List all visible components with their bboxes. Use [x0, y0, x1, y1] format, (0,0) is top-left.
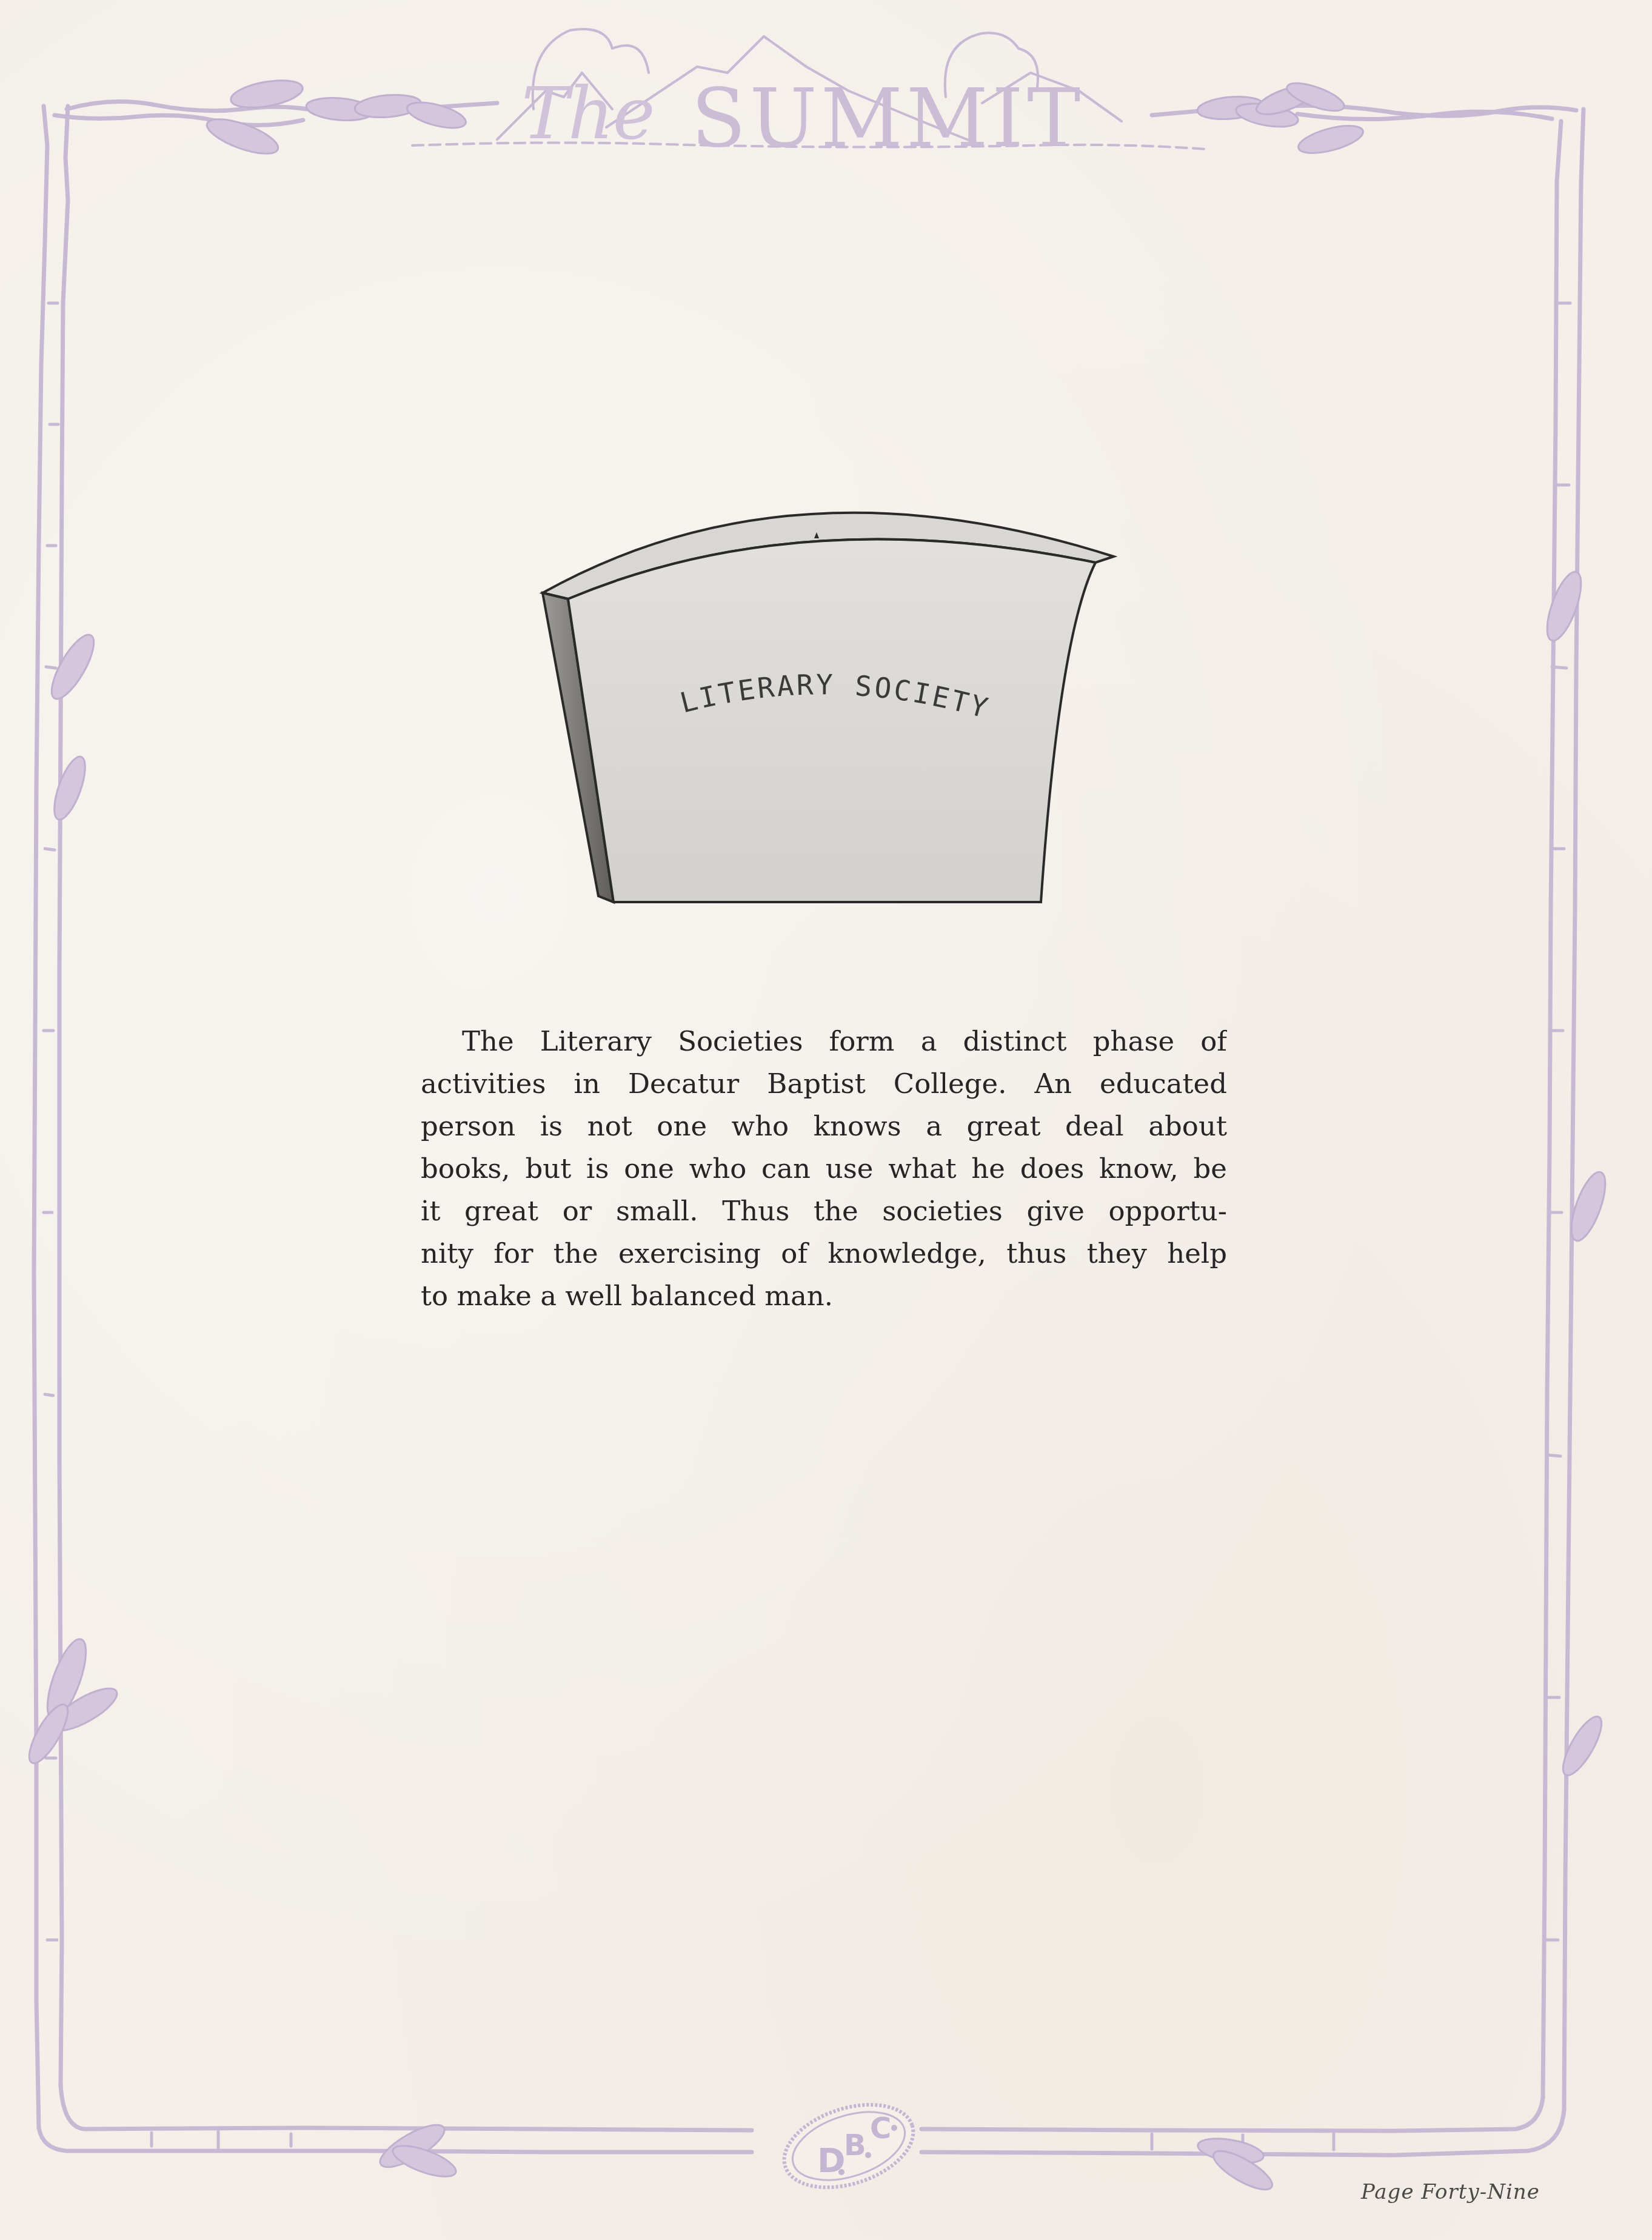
- svg-text:B: B: [844, 2128, 866, 2162]
- body-line: to make a well balanced man.: [421, 1275, 1227, 1317]
- body-line: The Literary Societies form a distinct p…: [421, 1020, 1227, 1063]
- body-paragraph: The Literary Societies form a distinct p…: [421, 1020, 1227, 1317]
- body-line: nity for the exercising of knowledge, th…: [421, 1232, 1227, 1275]
- body-line: person is not one who knows a great deal…: [421, 1105, 1227, 1148]
- masthead: The SUMMIT: [485, 67, 1164, 158]
- masthead-title: SUMMIT: [691, 79, 1084, 159]
- masthead-the: The: [521, 78, 654, 149]
- dbc-badge: D B C: [770, 2095, 928, 2198]
- body-line: books, but is one who can use what he do…: [421, 1148, 1227, 1190]
- body-line: activities in Decatur Baptist College. A…: [421, 1063, 1227, 1105]
- body-line: it great or small. Thus the societies gi…: [421, 1190, 1227, 1232]
- page-number: Page Forty-Nine: [1361, 2180, 1540, 2204]
- svg-text:C: C: [870, 2111, 891, 2145]
- literary-society-emblem: LITERARY SOCIETY: [538, 478, 1125, 909]
